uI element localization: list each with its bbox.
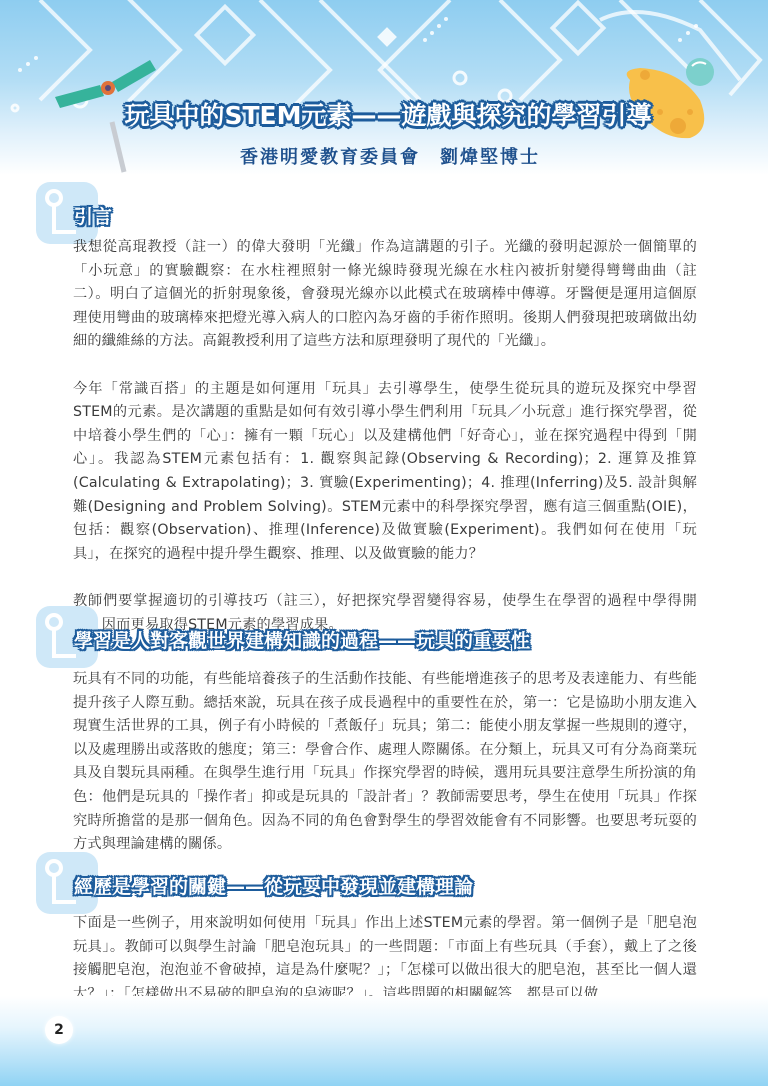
organization-name: 香港明愛教育委員會	[240, 143, 420, 169]
section-title: 經歷是學習的關鍵——從玩耍中發現並建構理論	[74, 871, 473, 899]
section-body-experience-is-key: 下面是一些例子，用來說明如何使用「玩具」作出上述STEM元素的學習。第一個例子是…	[73, 912, 697, 1006]
page-number: 2	[45, 1016, 73, 1044]
section-heading-importance-of-toys: 學習是人對客觀世界建構知識的過程——玩具的重要性	[36, 606, 676, 672]
byline: 香港明愛教育委員會劉煒堅博士	[220, 143, 560, 169]
section-heading-experience-is-key: 經歷是學習的關鍵——從玩耍中發現並建構理論	[36, 852, 676, 918]
paragraph: 今年「常識百搭」的主題是如何運用「玩具」去引導學生，使學生從玩具的遊玩及探究中學…	[73, 378, 697, 567]
section-title: 引言	[74, 201, 112, 229]
paragraph: 我想從高琨教授（註一）的偉大發明「光纖」作為這講題的引子。光纖的發明起源於一個簡…	[73, 236, 697, 354]
article-title: 玩具中的STEM元素——遊戲與探究的學習引導	[108, 96, 668, 132]
author-name: 劉煒堅博士	[440, 143, 540, 169]
paragraph: 下面是一些例子，用來說明如何使用「玩具」作出上述STEM元素的學習。第一個例子是…	[73, 912, 697, 1006]
section-title: 學習是人對客觀世界建構知識的過程——玩具的重要性	[74, 625, 530, 653]
section-body-introduction: 我想從高琨教授（註一）的偉大發明「光纖」作為這講題的引子。光纖的發明起源於一個簡…	[73, 236, 697, 637]
section-body-importance-of-toys: 玩具有不同的功能，有些能培養孩子的生活動作技能、有些能增進孩子的思考及表達能力、…	[73, 668, 697, 857]
paragraph: 玩具有不同的功能，有些能培養孩子的生活動作技能、有些能增進孩子的思考及表達能力、…	[73, 668, 697, 857]
footer-gradient	[0, 996, 768, 1086]
